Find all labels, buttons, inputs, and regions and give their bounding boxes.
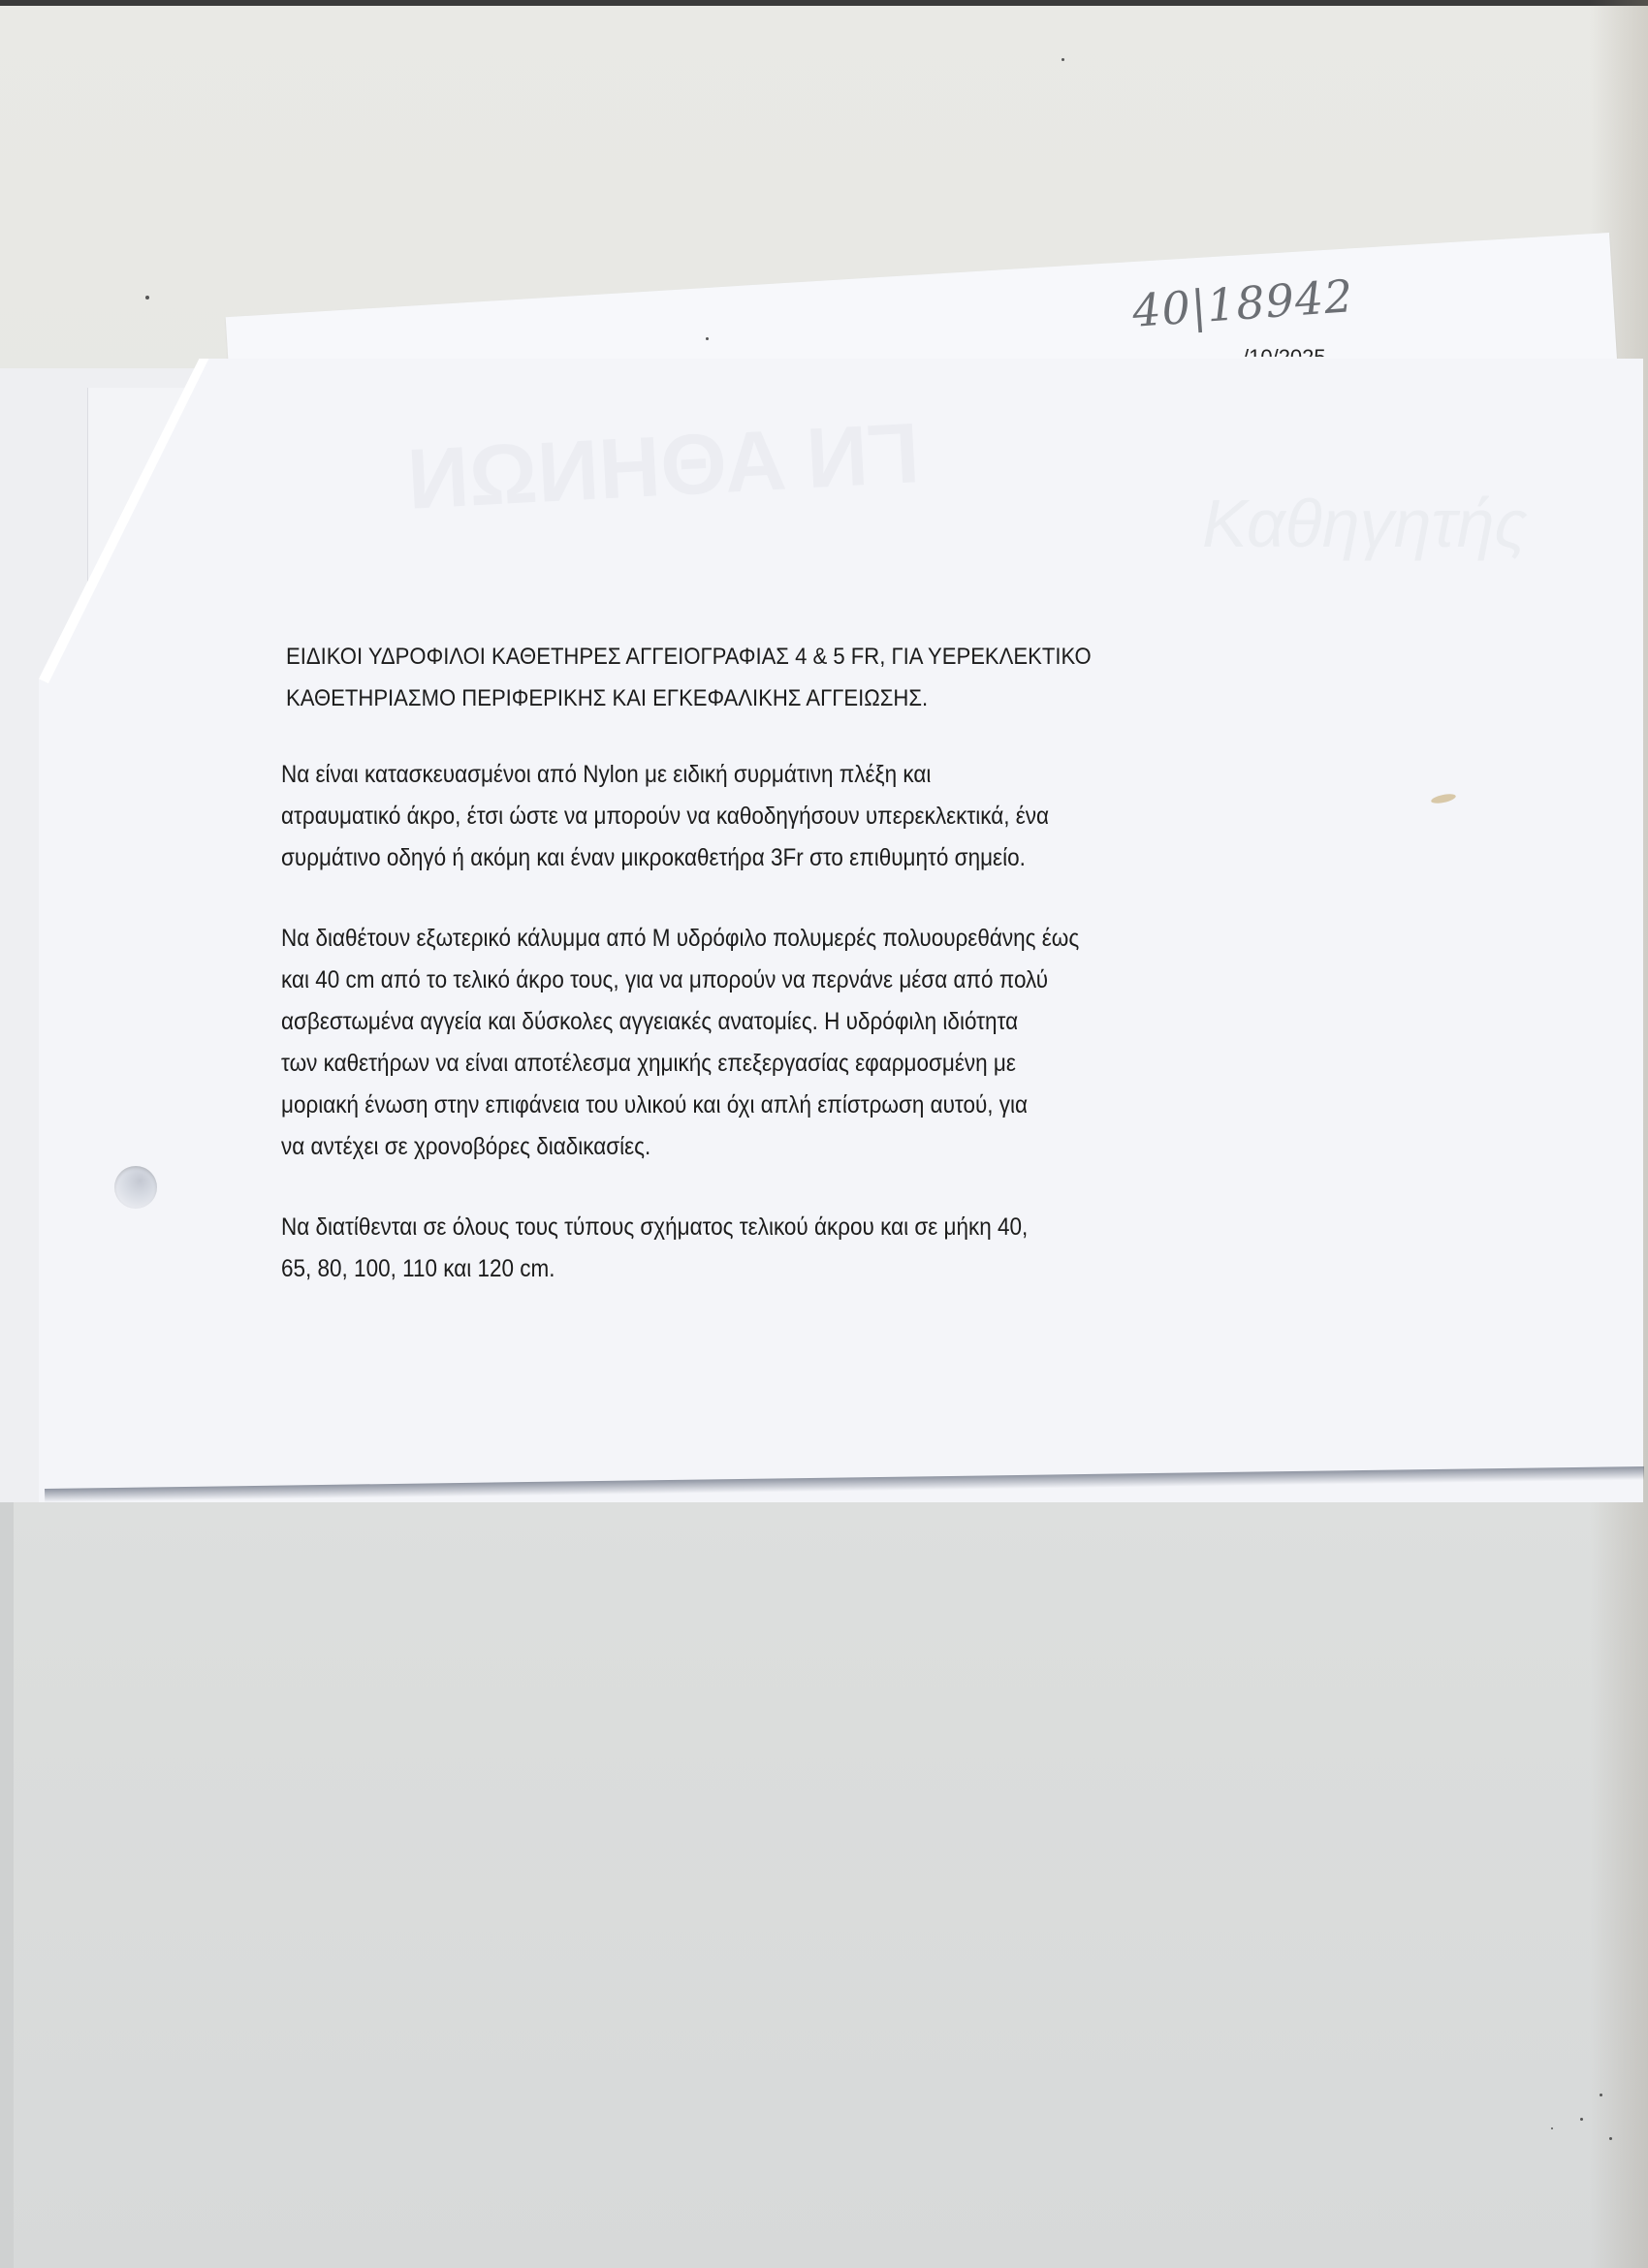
- dust-speck: [145, 296, 149, 299]
- paragraph-line: ασβεστωμένα αγγεία και δύσκολες αγγειακέ…: [281, 1001, 1284, 1043]
- date-fragment: …/10/2025: [1221, 343, 1326, 357]
- heading-line: ΚΑΘΕΤΗΡΙΑΣΜΟ ΠΕΡΙΦΕΡΙΚΗΣ ΚΑΙ ΕΓΚΕΦΑΛΙΚΗΣ…: [286, 677, 1267, 719]
- heading-line: ΕΙΔΙΚΟΙ ΥΔΡΟΦΙΛΟΙ ΚΑΘΕΤΗΡΕΣ ΑΓΓΕΙΟΓΡΑΦΙΑ…: [286, 636, 1267, 677]
- paragraph-material: Να είναι κατασκευασμένοι από Nylon με ει…: [281, 754, 1284, 879]
- scanner-bed-edge: [0, 0, 1648, 6]
- paragraph-line: Να διαθέτουν εξωτερικό κάλυμμα από Μ υδρ…: [281, 918, 1284, 960]
- punch-hole: [114, 1166, 157, 1209]
- bleed-through-text-2: Καθηγητής: [1202, 485, 1528, 562]
- dust-speck: [1551, 2127, 1553, 2129]
- paragraph-line: και 40 cm από το τελικό άκρο τους, για ν…: [281, 960, 1284, 1001]
- paragraph-line: 65, 80, 100, 110 και 120 cm.: [281, 1248, 1284, 1290]
- dust-speck: [1600, 2094, 1602, 2096]
- paragraph-line: Να διατίθενται σε όλους τους τύπους σχήμ…: [281, 1207, 1284, 1248]
- document-heading: ΕΙΔΙΚΟΙ ΥΔΡΟΦΙΛΟΙ ΚΑΘΕΤΗΡΕΣ ΑΓΓΕΙΟΓΡΑΦΙΑ…: [286, 636, 1267, 719]
- paragraph-line: ατραυματικό άκρο, έτσι ώστε να μπορούν ν…: [281, 796, 1284, 837]
- paragraph-line: των καθετήρων να είναι αποτέλεσμα χημική…: [281, 1043, 1284, 1085]
- paragraph-line: μοριακή ένωση στην επιφάνεια του υλικού …: [281, 1085, 1284, 1126]
- paragraph-line: συρμάτινο οδηγό ή ακόμη και έναν μικροκα…: [281, 837, 1284, 879]
- dust-speck: [1580, 2118, 1583, 2121]
- dust-speck: [706, 337, 709, 340]
- dust-speck: [1609, 2137, 1612, 2140]
- paragraph-lengths: Να διατίθενται σε όλους τους τύπους σχήμ…: [281, 1207, 1284, 1290]
- dust-speck: [1062, 58, 1064, 61]
- paragraph-line: να αντέχει σε χρονοβόρες διαδικασίες.: [281, 1126, 1284, 1168]
- paragraph-coating: Να διαθέτουν εξωτερικό κάλυμμα από Μ υδρ…: [281, 918, 1284, 1168]
- document-body: ΕΙΔΙΚΟΙ ΥΔΡΟΦΙΛΟΙ ΚΑΘΕΤΗΡΕΣ ΑΓΓΕΙΟΓΡΑΦΙΑ…: [281, 636, 1328, 1290]
- paragraph-line: Να είναι κατασκευασμένοι από Nylon με ει…: [281, 754, 1284, 796]
